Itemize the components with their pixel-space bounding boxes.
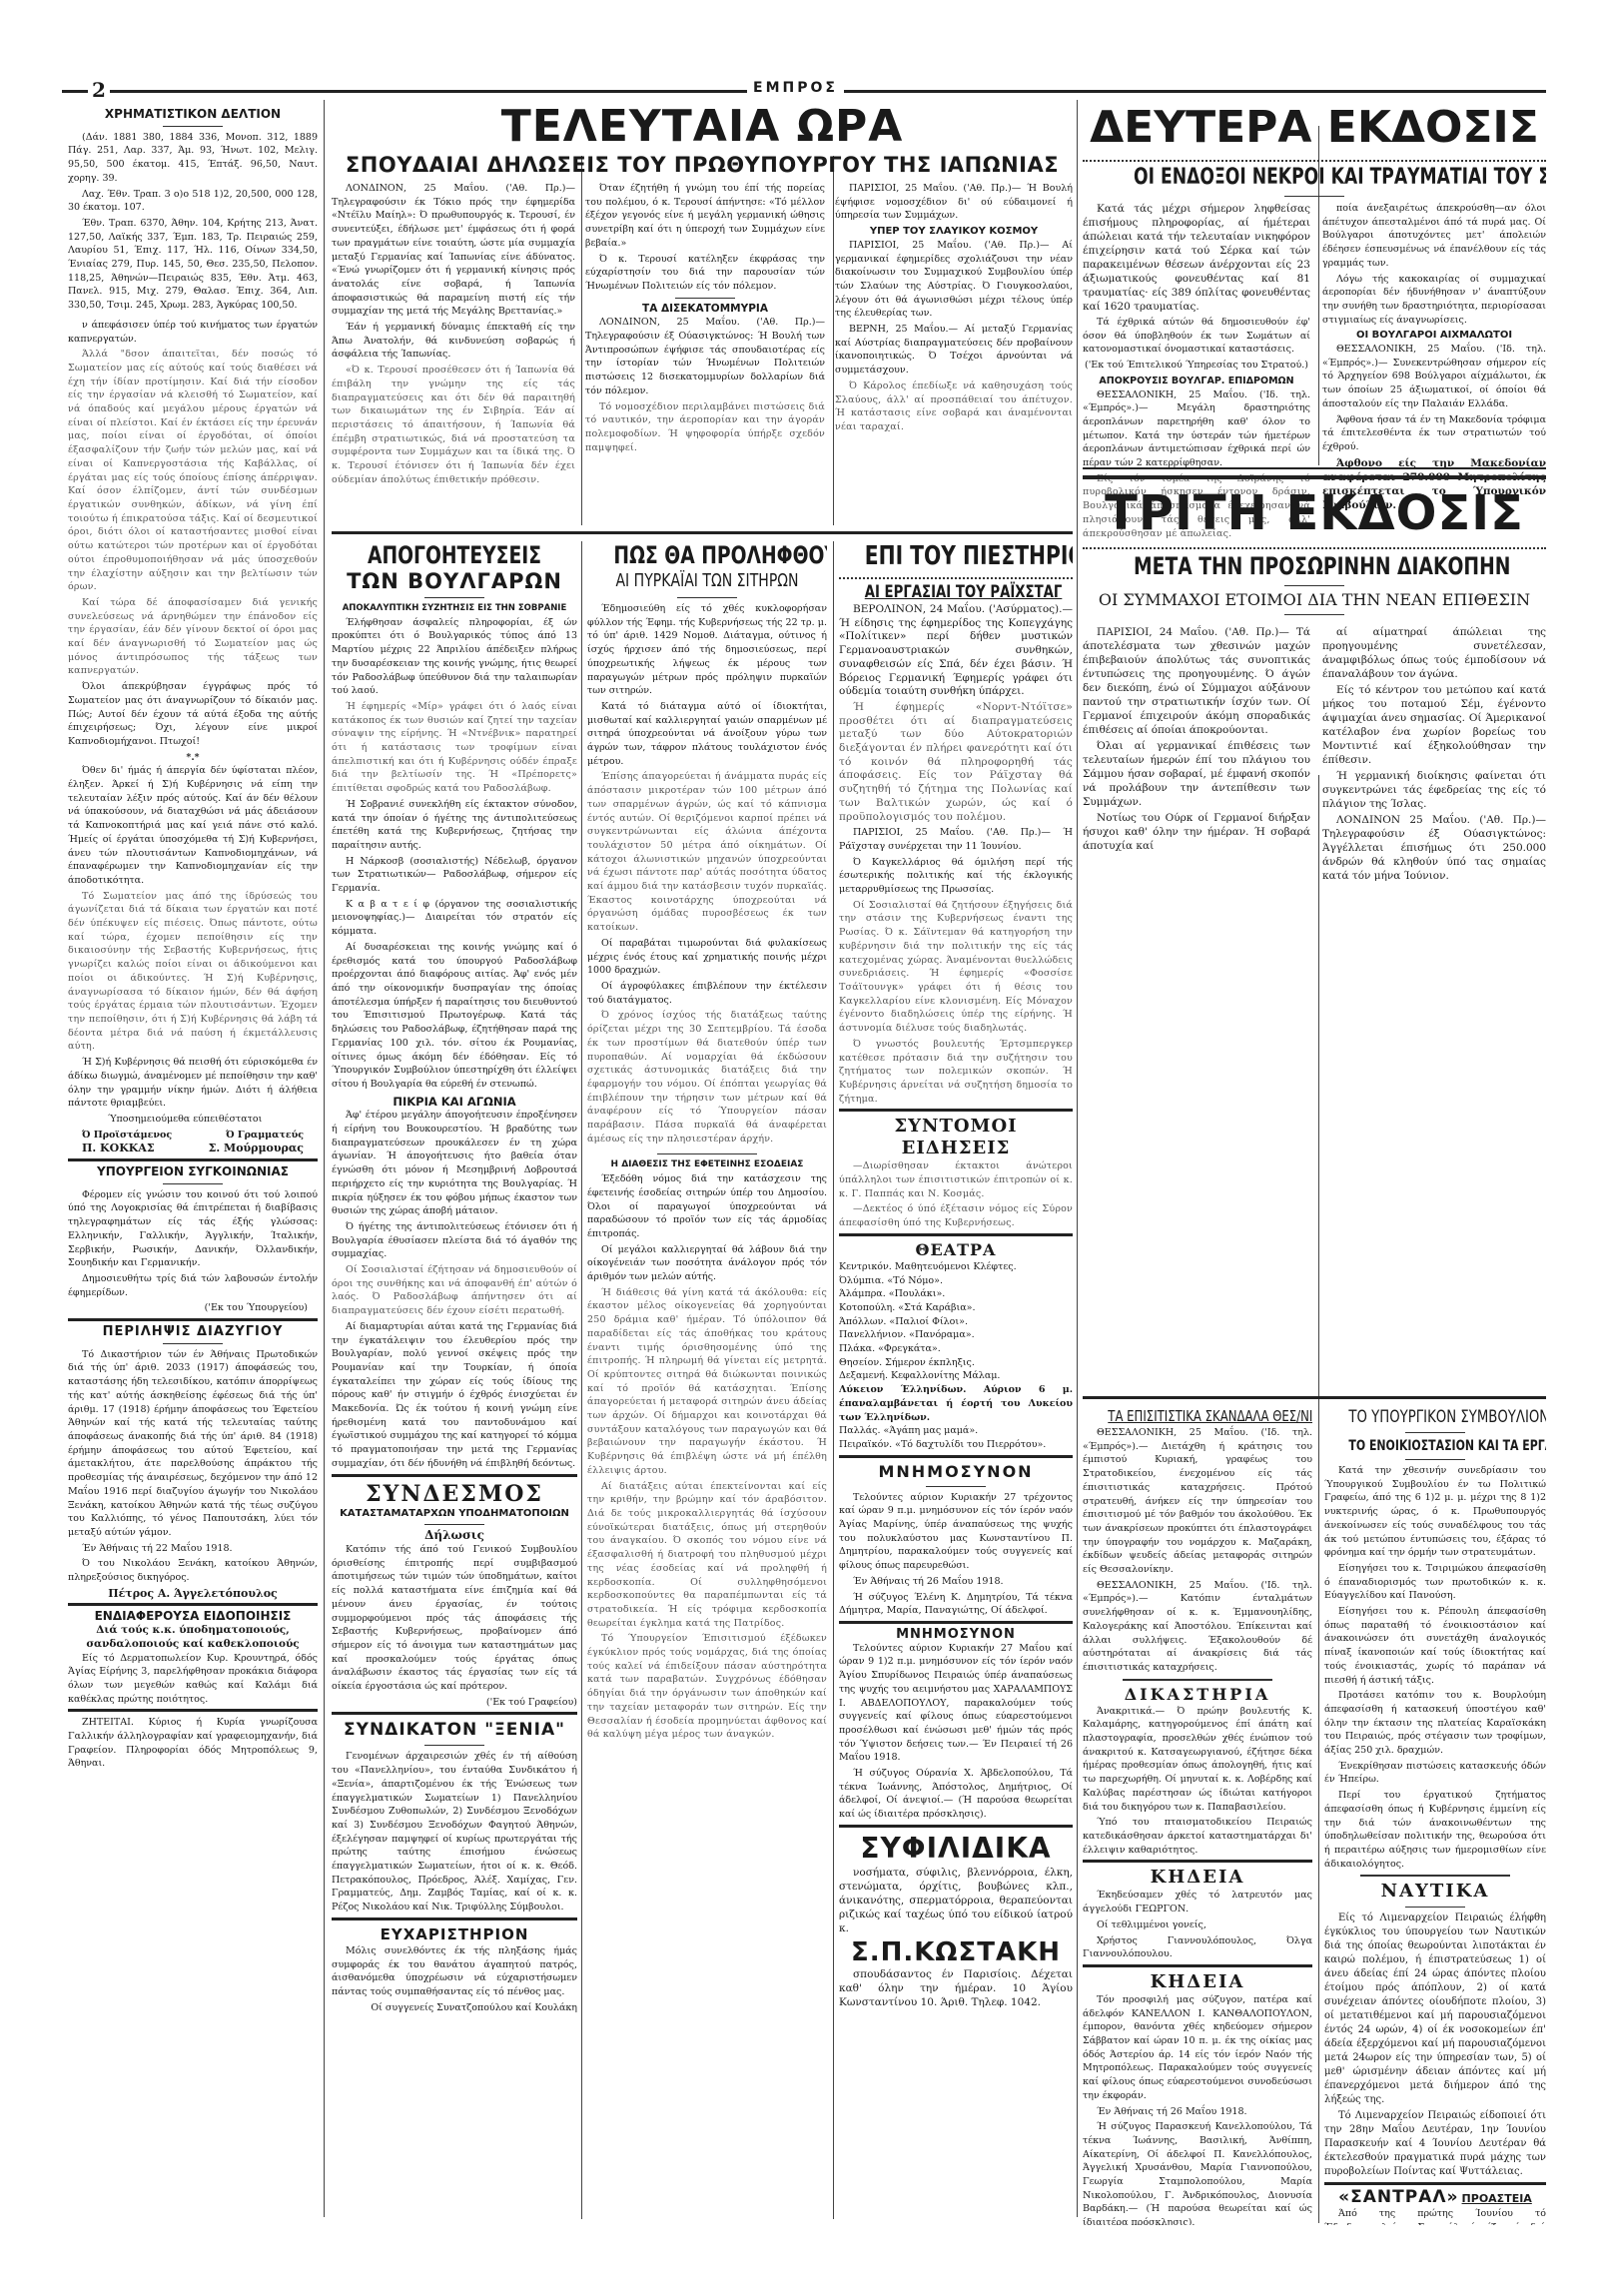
bulgarians-headline-2: ΤΩΝ ΒΟΥΛΓΑΡΩΝ bbox=[332, 569, 577, 593]
theater-listing: Κοτοπούλη. «Στά Καράβια». bbox=[839, 1301, 1073, 1315]
bulgarians-paragraph: Η Νάρκοσβ (σοσιαλιστής) Νέδελωβ, όργανον… bbox=[332, 855, 577, 896]
theater-listing: Θησείον. Σήμερον έκπληξις. bbox=[839, 1356, 1073, 1370]
grain-paragraph: Οί άγροφύλακες έπιβλέπουν την έκτέλεσιν … bbox=[587, 980, 827, 1007]
bulgarians-paragraph: Αί διαμαρτυρίαι αύται κατά της Γερμανίας… bbox=[332, 1320, 577, 1471]
central-title-rest: ΠΡΟΑΣΤΕΙΑ bbox=[1462, 2192, 1532, 2205]
funeral-title: ΚΗΔΕΙΑ bbox=[1083, 1867, 1312, 1889]
courts-paragraph: Άνακριτικά.— Ό πρώην βουλευτής Κ. Καλαμά… bbox=[1083, 1705, 1312, 1815]
memorial-paragraph: Τελούντες αύριον Κυριακήν 27 Μαΐου καί ώ… bbox=[839, 1642, 1073, 1765]
third-edition-subheadline: ΟΙ ΣΥΜΜΑΧΟΙ ΕΤΟΙΜΟΙ ΔΙΑ ΤΗΝ ΝΕΑΝ ΕΠΙΘΕΣΙ… bbox=[1083, 590, 1546, 610]
news-title: ΣΥΝΤΟΜΟΙ ΕΙΔΗΣΕΙΣ bbox=[839, 1116, 1073, 1159]
letter-closing: Ύποσημειούμεθα εύπειθέστατοι bbox=[68, 1113, 318, 1127]
grain-subhead: Η ΔΙΑΘΕΣΙΣ ΤΗΣ ΕΦΕΤΕΙΝΗΣ ΕΣΟΔΕΙΑΣ bbox=[587, 1158, 827, 1172]
third-edition-paragraph: Ή γερμανική διοίκησις φαίνεται ότι συγκε… bbox=[1322, 769, 1546, 811]
filler-text: Καί τώρα δέ άποφασίσαμεν διά γενικής συν… bbox=[68, 596, 318, 678]
shoemakers-label: Δήλωσις bbox=[332, 1529, 577, 1543]
funeral-paragraph: Ή σύζυγος Παρασκευή Κανελλοπούλου, Τά τέ… bbox=[1083, 2120, 1312, 2225]
council-section: ΤΟ ΥΠΟΥΡΓΙΚΟΝ ΣΥΜΒΟΥΛΙΟΝ ΤΟ ΕΝΟΙΚΙΟΣΤΑΣΙ… bbox=[1324, 1406, 1546, 2225]
separator: *.* bbox=[68, 751, 318, 765]
theater-listing: Όλύμπια. «Τό Νόμο». bbox=[839, 1274, 1073, 1288]
council-paragraph: Περί του έργατικού ζητήματος άπεφασίσθη … bbox=[1324, 1789, 1546, 1871]
council-title: ΤΟ ΥΠΟΥΡΓΙΚΟΝ ΣΥΜΒΟΥΛΙΟΝ bbox=[1348, 1406, 1521, 1428]
japan-paragraph: ΒΕΡΝΗ, 25 Μαΐου.— Αί μεταξύ Γερμανίας κα… bbox=[835, 323, 1073, 378]
grain-paragraph: Έδημοσιεύθη είς τό χθές κυκλοφορήσαν φύλ… bbox=[587, 602, 827, 698]
second-edition-paragraph: Τά έχθρικά αύτών θά δημοσιευθούν έφ' όσο… bbox=[1083, 316, 1310, 357]
third-edition-col-b: αί αίματηραί άπώλειαι της προηγουμένης σ… bbox=[1322, 625, 1546, 1035]
divorce-paragraph: Τό Δικαστήριον τών έν Άθήναις Πρωτοδικών… bbox=[68, 1348, 318, 1540]
signature-names: Π. ΚΟΚΚΑΣ Σ. Μούρμουρας bbox=[68, 1142, 318, 1155]
page-number: 2 bbox=[88, 78, 110, 102]
second-edition-paragraph: Κατά τάς μέχρι σήμερον ληφθείσας έπισήμο… bbox=[1083, 202, 1310, 314]
bulgarians-paragraph: Άφ' έτέρου μεγάλην άπογοήτευσιν έπροξένη… bbox=[332, 1109, 577, 1218]
japan-subhead: ΥΠΕΡ ΤΟΥ ΣΛΑΥΙΚΟΥ ΚΟΣΜΟΥ bbox=[835, 225, 1073, 239]
council-paragraph: Είσηγήσει του κ. Ρέπουλη άπεφασίσθη όπως… bbox=[1324, 1605, 1546, 1687]
scandals-section: ΤΑ ΕΠΙΣΙΤΙΣΤΙΚΑ ΣΚΑΝΔΑΛΑ ΘΕΣ/ΝΙΚΗΣ ΘΕΣΣΑ… bbox=[1083, 1406, 1312, 2225]
xenia-paragraph: Γενομένων άρχαιρεσιών χθές έν τή αίθούση… bbox=[332, 1750, 577, 1913]
funeral-title: ΚΗΔΕΙΑ bbox=[1083, 1971, 1312, 1993]
thanks-signature: Οί συγγενείς Συνατζοπούλου καί Κουλάκη bbox=[332, 2001, 577, 2015]
filler-text: Ό Κάρολος έπεδίωξε νά καθησυχάση τούς Σλ… bbox=[835, 380, 1073, 434]
memorial-paragraph: Τελούντες αύριον Κυριακήν 27 τρέχοντος κ… bbox=[839, 1491, 1073, 1573]
theater-listing: Πλάκα. «Φρεγκάτα». bbox=[839, 1342, 1073, 1356]
press-headline-1: ΕΠΙ ΤΟΥ ΠΙΕΣΤΗΡΙΟΥ bbox=[865, 541, 1048, 571]
filler-text: Ό γνωστός βουλευτής Έρτσμπεργκερ κατέθεσ… bbox=[839, 1038, 1073, 1107]
thanks-title: ΕΥΧΑΡΙΣΤΗΡΙΟΝ bbox=[332, 1924, 577, 1944]
thanks-paragraph: Μόλις συνελθόντες έκ τής πληξάσης ήμάς σ… bbox=[332, 1944, 577, 1999]
theater-listing: Άλάμπρα. «Πουλάκι». bbox=[839, 1287, 1073, 1301]
press-paragraph: Ό Καγκελλάριος θά όμιλήση περί τής έσωτε… bbox=[839, 856, 1073, 897]
doctor-name: Σ.Π.ΚΩΣΤΑΚΗ bbox=[839, 1937, 1073, 1967]
japan-paragraph: ΛΟΝΔΙΝΟΝ, 25 Μαΐου. ('Αθ. Πρ.)— Τηλεγραφ… bbox=[585, 316, 825, 397]
shoemakers-source: ('Εκ τού Γραφείου) bbox=[332, 1696, 577, 1710]
syphilis-ad-title: ΣΥΦΙΛΙΔΙΚΑ bbox=[839, 1832, 1073, 1866]
second-edition-paragraph: Άφθονα ήσαν τά έν τη Μακεδονία τρόφιμα τ… bbox=[1322, 413, 1546, 454]
funeral-paragraph: Έκηδεύσαμεν χθές τό λατρευτόν μας άγγελο… bbox=[1083, 1889, 1312, 1915]
second-edition-paragraph: ΘΕΣΣΑΛΟΝΙΚΗ, 25 Μαΐου. ('Ιδ. τηλ. «Έμπρό… bbox=[1322, 343, 1546, 411]
signature-roles: Ό Προϊστάμενος Ό Γραμματεύς bbox=[68, 1129, 318, 1143]
theater-listing: Κεντρικόν. Μαθητευόμενοι Κλέφτες. bbox=[839, 1260, 1073, 1274]
filler-text: Οί Σοσιαλισταί έζήτησαν νά δημοσιευθούν … bbox=[332, 1263, 577, 1318]
council-paragraph: Κατά την χθεσινήν συνεδρίασιν του Ύπουργ… bbox=[1324, 1464, 1546, 1560]
divorce-paragraph: Έν Άθήναις τή 22 Μαΐου 1918. bbox=[68, 1542, 318, 1556]
theater-listing: Πανελλήνιον. «Πανόραμα». bbox=[839, 1328, 1073, 1342]
naval-paragraph: Τό Λιμεναρχείον Πειραιώς είδοποιεί ότι τ… bbox=[1324, 2109, 1546, 2179]
council-subtitle: ΤΟ ΕΝΟΙΚΙΟΣΤΑΣΙΟΝ ΚΑΙ ΤΑ ΕΡΓΑΤΙΚΑ bbox=[1348, 1437, 1521, 1455]
japan-col-c: ΠΑΡΙΣΙΟΙ, 25 Μαΐου. ('Αθ. Πρ.)— Ή Βουλή … bbox=[835, 182, 1073, 526]
signature-name: Π. ΚΟΚΚΑΣ bbox=[82, 1142, 155, 1155]
grain-headline-1: ΠΩΣ ΘΑ ΠΡΟΛΗΦΘΟΥΝ bbox=[613, 541, 800, 569]
courts-paragraph: Ύπό του πταισματοδικείου Πειραιώς κατεδι… bbox=[1083, 1816, 1312, 1857]
signature-role: Ό Προϊστάμενος bbox=[82, 1129, 172, 1143]
bourse-paragraph: (Δάν. 1881 380, 1884 336, Μονοπ. 312, 18… bbox=[68, 131, 318, 186]
second-edition-subhead: ΑΠΟΚΡΟΥΣΙΣ ΒΟΥΛΓΑΡ. ΕΠΙΔΡΟΜΩΝ bbox=[1083, 375, 1310, 388]
column-rule bbox=[324, 100, 325, 2217]
bulgarians-paragraph: Αί δυσαρέσκειαι της κοινής γνώμης καί ό … bbox=[332, 941, 577, 1092]
second-edition-banner: ΔΕΥΤΕΡΑ ΕΚΔΟΣΙΣ bbox=[1083, 102, 1546, 154]
naval-title: ΝΑΥΤΙΚΑ bbox=[1324, 1881, 1546, 1903]
central-paragraph: Άπό της πρώτης Ίουνίου τό Έδωδιμοπωλείον… bbox=[1324, 2207, 1546, 2225]
council-paragraph: Ένεκρίθησαν πιστώσεις κατασκευής όδών έν… bbox=[1324, 1760, 1546, 1787]
filler-text: «Ό κ. Τερουσί προσέθεσεν ότι ή Ίαπωνία θ… bbox=[332, 364, 575, 486]
filler-text: Αί διατάξεις αύται έπεκτείνονται καί είς… bbox=[587, 1480, 827, 1631]
second-edition-source: ('Εκ τού Έπιτελικού Ύπηρεσίας του Στρατο… bbox=[1083, 359, 1310, 373]
bulgarians-paragraph: Ή Σοβρανιέ συνεκλήθη είς έκτακτον σύνοδο… bbox=[332, 798, 577, 853]
theater-listing: Λύκειον Έλληνίδων. Αύριον 6 μ. έπαναλαμβ… bbox=[839, 1383, 1073, 1424]
grain-paragraph: Κατά τό διάταγμα αύτό οί ίδιοκτήται, μισ… bbox=[587, 700, 827, 769]
bulgarians-paragraph: Ό ήγέτης της άντιπολιτεύσεως έτόνισεν ότ… bbox=[332, 1220, 577, 1261]
signature-role: Ό Γραμματεύς bbox=[226, 1129, 304, 1143]
divorce-title: ΠΕΡΙΛΗΨΙΣ ΔΙΑΖΥΓΙΟΥ bbox=[68, 1325, 318, 1339]
press-paragraph: ΒΕΡΟΛΙΝΟΝ, 24 Μαΐου. ('Ασύρματος).— Ή εί… bbox=[839, 603, 1073, 699]
council-paragraph: Είσηγήσει του κ. Τσιριμώκου άπεφασίσθη ό… bbox=[1324, 1562, 1546, 1603]
filler-text: Οί Σοσιαλισταί θά ζητήσουν έξηγήσεις διά… bbox=[839, 899, 1073, 1036]
doctor-address: σπουδάσαντος έν Παρισίοις. Δέχεται καθ' … bbox=[839, 1967, 1073, 2009]
theater-listing: Δεξαμενή. Κεφαλλονίτης Μάλαμ. bbox=[839, 1369, 1073, 1383]
japan-col-a: ΛΟΝΔΙΝΟΝ, 25 Μαΐου. ('Αθ. Πρ.)— Τηλεγραφ… bbox=[332, 182, 575, 526]
filler-text: Ή διάθεσις θά γίνη κατά τά άκόλουθα: είς… bbox=[587, 1286, 827, 1478]
filler-text: Τό Σωματείον μας άπό της ίδρύσεώς του άγ… bbox=[68, 890, 318, 1054]
grain-section: ΠΩΣ ΘΑ ΠΡΟΛΗΦΘΟΥΝ ΑΙ ΠΥΡΚΑΪΑΙ ΤΩΝ ΣΙΤΗΡΩ… bbox=[587, 541, 827, 2219]
third-edition-paragraph: ΠΑΡΙΣΙΟΙ, 24 Μαΐου. ('Αθ. Πρ.)— Τά άποτε… bbox=[1083, 625, 1310, 737]
letter-paragraph: Ή Σ)ή Κυβέρνησις θά πεισθή ότι εύρισκόμε… bbox=[68, 1056, 318, 1111]
naval-paragraph: Είς τό Λιμεναρχείον Πειραιώς έλήφθη έγκύ… bbox=[1324, 1912, 1546, 2107]
letter-paragraph: ν άπεφάσισεν ύπέρ τού κινήματος των έργα… bbox=[68, 319, 318, 346]
japan-col-b: Όταν έζητήθη ή γνώμη του έπί τής πορείας… bbox=[585, 182, 825, 526]
japan-paragraph: ΛΟΝΔΙΝΟΝ, 25 Μαΐου. ('Αθ. Πρ.)— Τηλεγραφ… bbox=[332, 182, 575, 319]
scandals-paragraph: ΘΕΣΣΑΛΟΝΙΚΗ, 25 Μαΐου. ('Ιδ. τηλ. «Έμπρό… bbox=[1083, 1426, 1312, 1577]
second-edition-paragraph: ΘΕΣΣΑΛΟΝΙΚΗ, 25 Μαΐου. ('Ιδ. τηλ. «Έμπρό… bbox=[1083, 388, 1310, 470]
signature-name: Σ. Μούρμουρας bbox=[209, 1142, 304, 1155]
column-rule bbox=[833, 541, 834, 2219]
masthead: 2 ΕΜΠΡΟΣ bbox=[62, 86, 1546, 100]
letter-paragraph: Όθεν δι' ήμάς ή άπεργία δέν ύφίσταται πλ… bbox=[68, 764, 318, 887]
funeral-paragraph: Οί τεθλιμμένοι γονείς, bbox=[1083, 1918, 1312, 1932]
bourse-paragraph: Έθν. Τραπ. 6370, Άθην. 104, Κρήτης 213, … bbox=[68, 217, 318, 313]
press-section: ΕΠΙ ΤΟΥ ΠΙΕΣΤΗΡΙΟΥ ΑΙ ΕΡΓΑΣΙΑΙ ΤΟΥ ΡΑΪΧΣ… bbox=[839, 541, 1073, 2219]
bulgarians-headline-1: ΑΠΟΓΟΗΤΕΥΣΕΙΣ bbox=[359, 541, 550, 569]
memorial-paragraph: Ή σύζυγος Ούρανία Χ. Άβδελοπούλου, Τά τέ… bbox=[839, 1767, 1073, 1822]
bulgarians-subhead: ΠΙΚΡΙΑ ΚΑΙ ΑΓΩΝΙΑ bbox=[332, 1096, 577, 1110]
central-title: «ΣΑΝΤΡΑΛ» ΠΡΟΑΣΤΕΙΑ bbox=[1324, 2191, 1546, 2207]
third-edition-paragraph: αί αίματηραί άπώλειαι της προηγουμένης σ… bbox=[1322, 625, 1546, 681]
shoemakers-paragraph: Κατόπιν τής άπό τού Γενικού Συμβουλίου ό… bbox=[332, 1543, 577, 1694]
shoemakers-title: ΣΥΝΔΕΣΜΟΣ bbox=[332, 1481, 577, 1507]
memorial-title: ΜΝΗΜΟΣΥΝΟΝ bbox=[839, 1462, 1073, 1482]
theater-listing: Παλλάς. «Άγάπη μας μαμά». bbox=[839, 1424, 1073, 1438]
second-edition-paragraph: Λόγω τής κακοκαιρίας οί συμμαχικαί άεροπ… bbox=[1322, 273, 1546, 328]
syphilis-ad-text: νοσήματα, σύφιλις, βλεννόρροια, έλκη, στ… bbox=[839, 1866, 1073, 1935]
theater-listing: Πειραϊκόν. «Τό δαχτυλίδι του Πιερρότου». bbox=[839, 1438, 1073, 1452]
filler-text: Τό νομοσχέδιον περιλαμβάνει πιστώσεις δι… bbox=[585, 400, 825, 455]
column-rule bbox=[1077, 100, 1078, 2217]
bulgarians-paragraph: Κ α β α τ ε ί φ (όργανον της σοσιαλιστικ… bbox=[332, 898, 577, 939]
japan-paragraph: ΠΑΡΙΣΙΟΙ, 25 Μαΐου. ('Αθ. Πρ.)— Ή Βουλή … bbox=[835, 182, 1073, 223]
filler-text: Άλλά "δσον άπαιτεϊται, δέν ποσώς τό Σωμα… bbox=[68, 348, 318, 594]
notice-title: ΕΝΔΙΑΦΕΡΟΥΣΑ ΕΙΔΟΠΟΙΗΣΙΣ bbox=[68, 1610, 318, 1624]
ministry-title: ΥΠΟΥΡΓΕΙΟΝ ΣΥΓΚΟΙΝΩΝΙΑΣ bbox=[68, 1165, 318, 1179]
filler-text: —Διωρίσθησαν έκτακτοι άνώτεροι ύπάλληλοι… bbox=[839, 1159, 1073, 1200]
bulgarians-subheadline: ΑΠΟΚΑΛΥΠΤΙΚΗ ΣΥΖΗΤΗΣΙΣ ΕΙΣ ΤΗΝ ΣΟΒΡΑΝΙΕ bbox=[332, 602, 577, 616]
notice-paragraph: Είς τό Δερματοπωλείον Κυρ. Κρουντηρά, όδ… bbox=[68, 1652, 318, 1707]
bulgarians-section: ΑΠΟΓΟΗΤΕΥΣΕΙΣ ΤΩΝ ΒΟΥΛΓΑΡΩΝ ΑΠΟΚΑΛΥΠΤΙΚΗ… bbox=[332, 541, 577, 2219]
japan-paragraph: ΠΑΡΙΣΙΟΙ, 25 Μαΐου. ('Αθ. Πρ.)— Αί γερμα… bbox=[835, 239, 1073, 321]
press-headline-2: ΑΙ ΕΡΓΑΣΙΑΙ ΤΟΥ ΡΑΪΧΣΤΑΓ bbox=[865, 581, 1048, 603]
filler-text: Ή έφημερίς «Νορντ-Ντόϊτσε» προσθέτει ότι… bbox=[839, 701, 1073, 824]
ministry-paragraph: Δημοσιευθήτω τρίς διά τών λαβουσών έντολ… bbox=[68, 1272, 318, 1299]
ministry-source: ('Εκ του Ύπουργείου) bbox=[68, 1301, 318, 1315]
column-1: ΧΡΗΜΑΤΙΣΤΙΚΟΝ ΔΕΛΤΙΟΝ (Δάν. 1881 380, 18… bbox=[68, 108, 318, 2223]
japan-headline: ΣΠΟΥΔΑΙΑΙ ΔΗΛΩΣΕΙΣ ΤΟΥ ΠΡΩΘΥΠΟΥΡΓΟΥ ΤΗΣ … bbox=[332, 152, 1073, 178]
third-edition-banner: ΤΡΙΤΗ ΕΚΔΟΣΙΣ bbox=[1083, 485, 1546, 541]
third-edition-paragraph: Νοτίως του Ούρκ οί Γερμανοί διήρξαν ήσυχ… bbox=[1083, 811, 1310, 853]
funeral-paragraph: Χρήστος Γιαννουλόπουλος, Όλγα Γιαννουλόπ… bbox=[1083, 1934, 1312, 1961]
grain-headline-2: ΑΙ ΠΥΡΚΑΪΑΙ ΤΩΝ ΣΙΤΗΡΩΝ bbox=[613, 569, 800, 593]
section-rule bbox=[332, 531, 1073, 534]
letter-paragraph: Όλοι άπεκρύβησαν έγγράφως πρός τό Σωματε… bbox=[68, 680, 318, 749]
third-edition-paragraph: Είς τό κέντρον του μετώπου καί κατά μήκο… bbox=[1322, 683, 1546, 767]
section-rule bbox=[1083, 467, 1546, 469]
third-edition-section: ΤΡΙΤΗ ΕΚΔΟΣΙΣ ΜΕΤΑ ΤΗΝ ΠΡΟΣΩΡΙΝΗΝ ΔΙΑΚΟΠ… bbox=[1083, 475, 1546, 1035]
theaters-title: ΘΕΑΤΡΑ bbox=[839, 1240, 1073, 1260]
newspaper-page: 2 ΕΜΠΡΟΣ ΧΡΗΜΑΤΙΣΤΙΚΟΝ ΔΕΛΤΙΟΝ (Δάν. 188… bbox=[62, 86, 1546, 2223]
filler-text: Ό χρόνος ίσχύος τής διατάξεως ταύτης όρί… bbox=[587, 1009, 827, 1146]
filler-text: Τό Ύπουργείον Έπισιτισμού έξέδωκεν έγκύκ… bbox=[587, 1632, 827, 1742]
wanted-ad: ΖΗΤΕΙΤΑΙ. Κύριος ή Κυρία γνωρίζουσα Γαλλ… bbox=[68, 1716, 318, 1771]
japan-paragraph: Όταν έζητήθη ή γνώμη του έπί τής πορείας… bbox=[585, 182, 825, 251]
press-paragraph: ΠΑΡΙΣΙΟΙ, 25 Μαΐου. ('Αθ. Πρ.)— Ή Ράϊχστ… bbox=[839, 826, 1073, 853]
memorial-title: ΜΝΗΜΟΣΥΝΟΝ bbox=[839, 1628, 1073, 1642]
central-title-quoted: «ΣΑΝΤΡΑΛ» bbox=[1338, 2187, 1458, 2207]
third-edition-paragraph: Όλαι αί γερμανικαί έπιθέσεις των τελευτα… bbox=[1083, 739, 1310, 809]
courts-title: ΔΙΚΑΣΤΗΡΙΑ bbox=[1083, 1685, 1312, 1705]
grain-paragraph: Οί μεγάλοι καλλιεργηταί θά λάβουν διά τη… bbox=[587, 1243, 827, 1284]
filler-text: —Δεκτέος ό ύπό έξέτασιν νόμος είς Σύρον … bbox=[839, 1202, 1073, 1229]
shoemakers-subtitle: ΚΑΤΑΣΤΑΜΑΤΑΡΧΩΝ ΥΠΟΔΗΜΑΤΟΠΟΙΩΝ bbox=[332, 1507, 577, 1521]
grain-paragraph: Έξεδόθη νόμος διά την κατάσχεσιν της έφε… bbox=[587, 1172, 827, 1241]
memorial-paragraph: Έν Άθήναις τή 26 Μαΐου 1918. bbox=[839, 1575, 1073, 1589]
memorial-paragraph: Ή σύζυγος Έλένη Κ. Δημητρίου, Τά τέκνα Δ… bbox=[839, 1591, 1073, 1618]
funeral-paragraph: Έν Άθήναις τή 26 Μαΐου 1918. bbox=[1083, 2105, 1312, 2119]
theater-listing: Άπόλλων. «Παλιοί Φίλοι». bbox=[839, 1315, 1073, 1329]
grain-paragraph: Οί παραβάται τιμωρούνται διά φυλακίσεως … bbox=[587, 937, 827, 978]
column-rule bbox=[581, 541, 582, 2219]
japan-subhead: ΤΑ ΔΙΣΕΚΑΤΟΜΜΥΡΙΑ bbox=[585, 303, 825, 317]
japan-section: ΤΕΛΕΥΤΑΙΑ ΩΡΑ ΣΠΟΥΔΑΙΑΙ ΔΗΛΩΣΕΙΣ ΤΟΥ ΠΡΩ… bbox=[332, 102, 1073, 531]
council-paragraph: Προτάσει κατόπιν του κ. Βουρλούμη άπεφασ… bbox=[1324, 1689, 1546, 1758]
bourse-title: ΧΡΗΜΑΤΙΣΤΙΚΟΝ ΔΕΛΤΙΟΝ bbox=[68, 108, 318, 122]
bourse-paragraph: Λαχ. Έθν. Τραπ. 3 ο)ο 518 1)2, 20,500, 0… bbox=[68, 188, 318, 215]
divorce-paragraph: Ό του Νικολάου Ξενάκη, κατοίκου Άθηνών, … bbox=[68, 1557, 318, 1584]
bulgarians-paragraph: Έλήφθησαν άσφαλείς πληροφορίαι, έξ ών πρ… bbox=[332, 616, 577, 698]
filler-text: Ή έφημερίς «Μίρ» γράφει ότι ό λαός είναι… bbox=[332, 700, 577, 796]
newspaper-title: ΕΜΠΡΟΣ bbox=[747, 80, 844, 96]
japan-paragraph: Έάν ή γερμανική δύναμις έπεκταθή είς την… bbox=[332, 321, 575, 362]
funeral-paragraph: Τόν προσφιλή μας σύζυγον, πατέρα καί άδε… bbox=[1083, 1993, 1312, 2103]
second-edition-paragraph: ποία άνεξαιρέτως άπεκρούσθη—αν όλοι άπέτ… bbox=[1322, 202, 1546, 271]
ministry-paragraph: Φέρομεν είς γνώσιν του κοινού ότι τού λο… bbox=[68, 1188, 318, 1270]
filler-text: Έπίσης άπαγορεύεται ή άνάμματα πυράς είς… bbox=[587, 770, 827, 934]
scandals-paragraph: ΘΕΣΣΑΛΟΝΙΚΗ, 25 Μαΐου. ('Ιδ. τηλ. «Έμπρό… bbox=[1083, 1579, 1312, 1675]
scandals-title: ΤΑ ΕΠΙΣΙΤΙΣΤΙΚΑ ΣΚΑΝΔΑΛΑ ΘΕΣ/ΝΙΚΗΣ bbox=[1108, 1406, 1286, 1426]
second-edition-subhead: ΟΙ ΒΟΥΛΓΑΡΟΙ ΑΙΧΜΑΛΩΤΟΙ bbox=[1322, 329, 1546, 343]
divorce-signature: Πέτρος Α. Άγγελετόπουλος bbox=[68, 1587, 318, 1601]
last-hour-banner: ΤΕΛΕΥΤΑΙΑ ΩΡΑ bbox=[332, 102, 1073, 152]
third-edition-headline: ΜΕΤΑ ΤΗΝ ΠΡΟΣΩΡΙΝΗΝ ΔΙΑΚΟΠΗΝ bbox=[1134, 551, 1495, 581]
japan-paragraph: Ό κ. Τερουσί κατέληξεν έκφράσας την εύχα… bbox=[585, 253, 825, 294]
xenia-title: ΣΥΝΔΙΚΑΤΟΝ "ΞΕΝΙΑ" bbox=[332, 1719, 577, 1741]
section-rule bbox=[1083, 1396, 1546, 1399]
third-edition-paragraph: ΛΟΝΔΙΝΟΝ 25 Μαΐου. ('Αθ. Πρ.)— Τηλεγραφο… bbox=[1322, 813, 1546, 883]
second-edition-headline: ΟΙ ΕΝΔΟΞΟΙ ΝΕΚΡΟΙ ΚΑΙ ΤΡΑΥΜΑΤΙΑΙ ΤΟΥ ΣΚΡ… bbox=[1134, 164, 1495, 192]
third-edition-col-a: ΠΑΡΙΣΙΟΙ, 24 Μαΐου. ('Αθ. Πρ.)— Τά άποτε… bbox=[1083, 625, 1310, 1035]
notice-subtitle: Διά τούς κ.κ. ύποδηματοποιούς, σανδαλοπο… bbox=[68, 1624, 318, 1651]
